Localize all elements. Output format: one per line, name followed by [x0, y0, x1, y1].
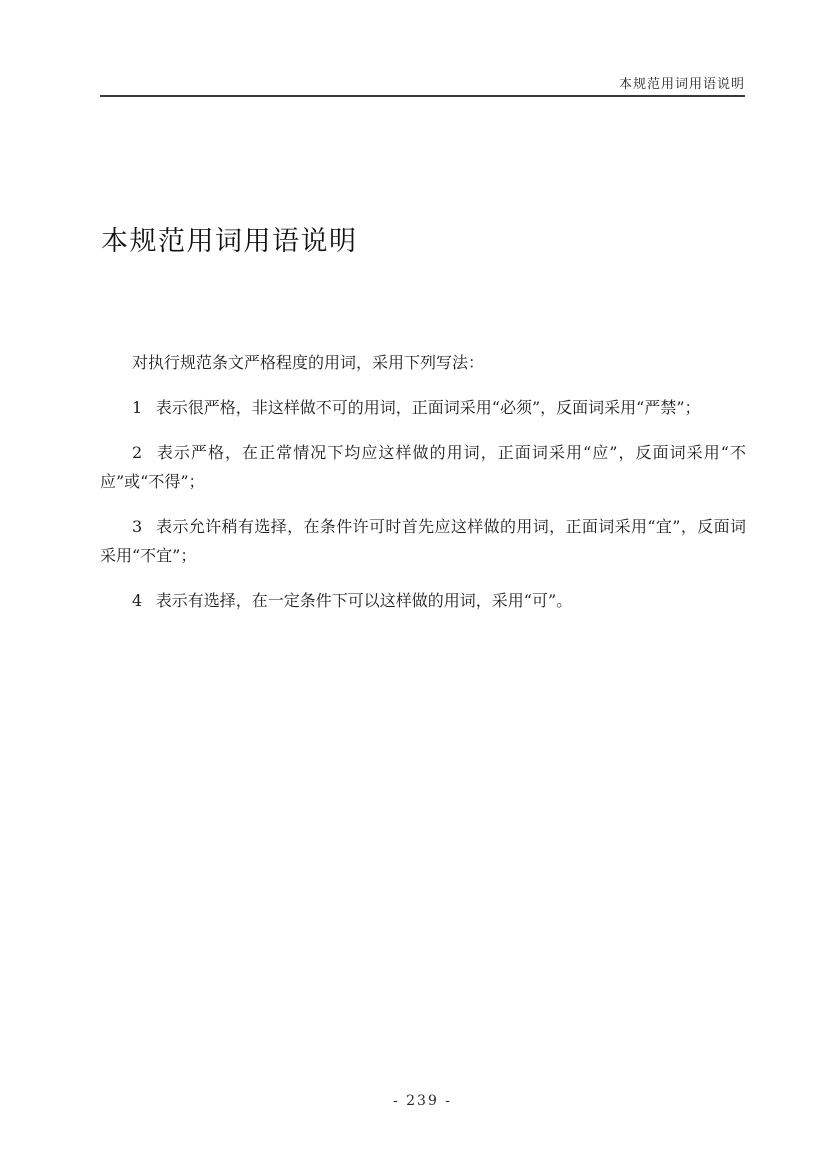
clause-paragraph-4: 4表示有选择，在一定条件下可以这样做的用词，采用“可”。 — [100, 586, 746, 615]
clause-number: 2 — [132, 443, 142, 462]
clause-number: 4 — [132, 591, 142, 610]
clause-text: 表示很严格，非这样做不可的用词，正面词采用“必须”，反面词采用“严禁”； — [156, 398, 701, 417]
clause-text: 表示允许稍有选择，在条件许可时首先应这样做的用词，正面词采用“宜”，反面词采用“… — [100, 517, 746, 565]
document-page: 本规范用词用语说明 本规范用词用语说明 对执行规范条文严格程度的用词，采用下列写… — [0, 0, 826, 1169]
body-text: 对执行规范条文严格程度的用词，采用下列写法： 1表示很严格，非这样做不可的用词，… — [100, 348, 746, 631]
clause-text: 表示有选择，在一定条件下可以这样做的用词，采用“可”。 — [156, 591, 572, 610]
clause-paragraph-1: 1表示很严格，非这样做不可的用词，正面词采用“必须”，反面词采用“严禁”； — [100, 393, 746, 422]
header-rule — [100, 95, 745, 97]
running-head: 本规范用词用语说明 — [100, 76, 745, 93]
page-number: - 239 - — [100, 1093, 745, 1109]
clause-paragraph-2: 2表示严格，在正常情况下均应这样做的用词，正面词采用“应”，反面词采用“不应”或… — [100, 438, 746, 496]
clause-text: 表示严格，在正常情况下均应这样做的用词，正面词采用“应”，反面词采用“不应”或“… — [100, 443, 746, 491]
clause-number: 3 — [132, 517, 142, 536]
clause-number: 1 — [132, 398, 142, 417]
page-title: 本规范用词用语说明 — [101, 224, 358, 260]
clause-paragraph-3: 3表示允许稍有选择，在条件许可时首先应这样做的用词，正面词采用“宜”，反面词采用… — [100, 512, 746, 570]
intro-paragraph: 对执行规范条文严格程度的用词，采用下列写法： — [100, 348, 746, 377]
